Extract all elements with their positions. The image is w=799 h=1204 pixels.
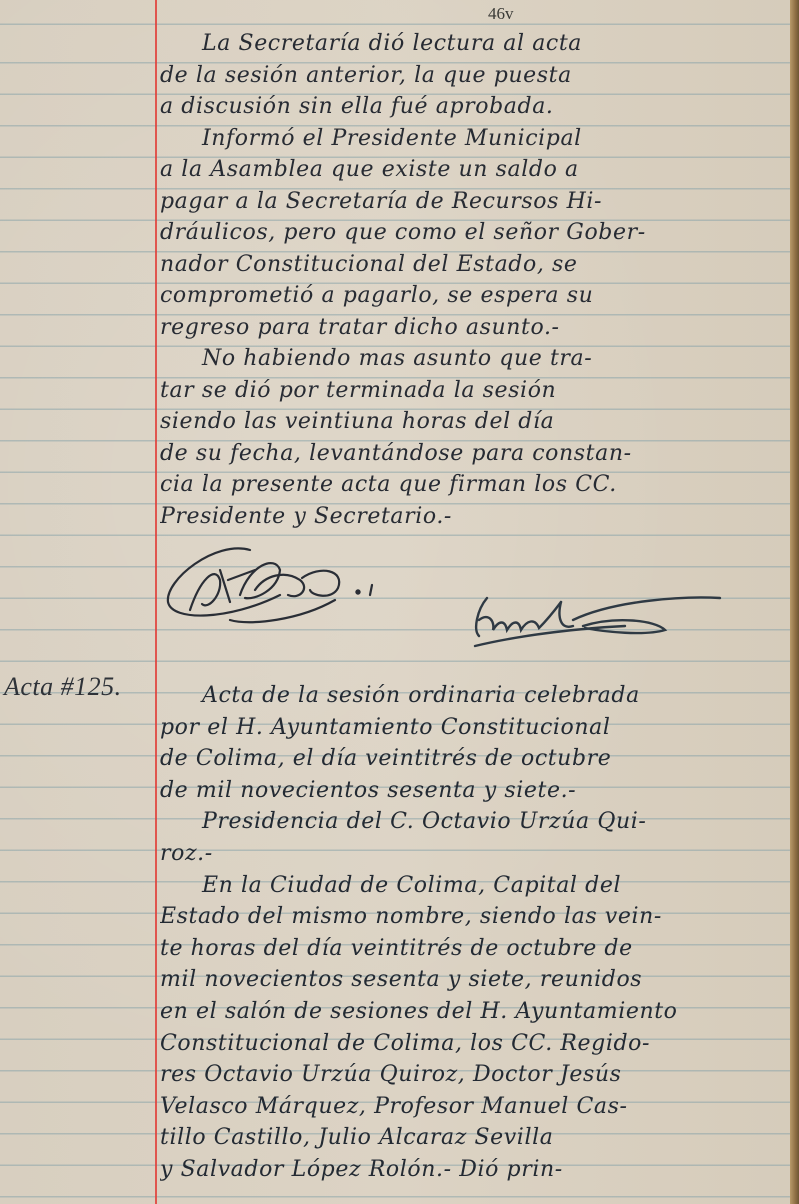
text-line: tar se dió por terminada la sesión — [160, 375, 785, 407]
text-line: mil novecientos sesenta y siete, reunido… — [160, 964, 785, 996]
text-line: de mil novecientos sesenta y siete.- — [160, 775, 785, 807]
ledger-page: 46v La Secretaría dió lectura al acta de… — [0, 0, 790, 1204]
text-line: y Salvador López Rolón.- Dió prin- — [160, 1154, 785, 1186]
text-line: de su fecha, levantándose para constan- — [160, 438, 785, 470]
text-line: Constitucional de Colima, los CC. Regido… — [160, 1028, 785, 1060]
text-line: siendo las veintiuna horas del día — [160, 406, 785, 438]
text-line: Presidente y Secretario.- — [160, 501, 785, 533]
text-line: nador Constitucional del Estado, se — [160, 249, 785, 281]
minutes-part-1: La Secretaría dió lectura al acta de la … — [160, 28, 785, 532]
text-line: Estado del mismo nombre, siendo las vein… — [160, 901, 785, 933]
text-line: Presidencia del C. Octavio Urzúa Qui- — [160, 806, 785, 838]
page-edge — [790, 0, 799, 1204]
text-line: regreso para tratar dicho asunto.- — [160, 312, 785, 344]
text-line: Informó el Presidente Municipal — [160, 123, 785, 155]
act-number-margin-note: Acta #125. — [4, 672, 122, 702]
text-line: No habiendo mas asunto que tra- — [160, 343, 785, 375]
red-margin-rule — [155, 0, 157, 1204]
text-line: comprometió a pagarlo, se espera su — [160, 280, 785, 312]
text-line: a la Asamblea que existe un saldo a — [160, 154, 785, 186]
text-line: Acta de la sesión ordinaria celebrada — [160, 680, 785, 712]
text-line: Velasco Márquez, Profesor Manuel Cas- — [160, 1091, 785, 1123]
text-line: En la Ciudad de Colima, Capital del — [160, 870, 785, 902]
text-line: tillo Castillo, Julio Alcaraz Sevilla — [160, 1122, 785, 1154]
text-line: pagar a la Secretaría de Recursos Hi- — [160, 186, 785, 218]
minutes-act-125: Acta de la sesión ordinaria celebrada po… — [160, 680, 785, 1186]
signatures — [160, 540, 785, 650]
text-line: a discusión sin ella fué aprobada. — [160, 91, 785, 123]
text-line: de la sesión anterior, la que puesta — [160, 60, 785, 92]
secretary-signature-icon — [465, 590, 725, 650]
text-line: res Octavio Urzúa Quiroz, Doctor Jesús — [160, 1059, 785, 1091]
text-line: La Secretaría dió lectura al acta — [160, 28, 785, 60]
text-line: roz.- — [160, 838, 785, 870]
folio-number: 46v — [488, 4, 514, 24]
text-line: de Colima, el día veintitrés de octubre — [160, 743, 785, 775]
text-line: cia la presente acta que firman los CC. — [160, 469, 785, 501]
text-line: en el salón de sesiones del H. Ayuntamie… — [160, 996, 785, 1028]
text-line: por el H. Ayuntamiento Constitucional — [160, 712, 785, 744]
text-line: dráulicos, pero que como el señor Gober- — [160, 217, 785, 249]
text-line: te horas del día veintitrés de octubre d… — [160, 933, 785, 965]
president-signature-icon — [160, 540, 420, 630]
